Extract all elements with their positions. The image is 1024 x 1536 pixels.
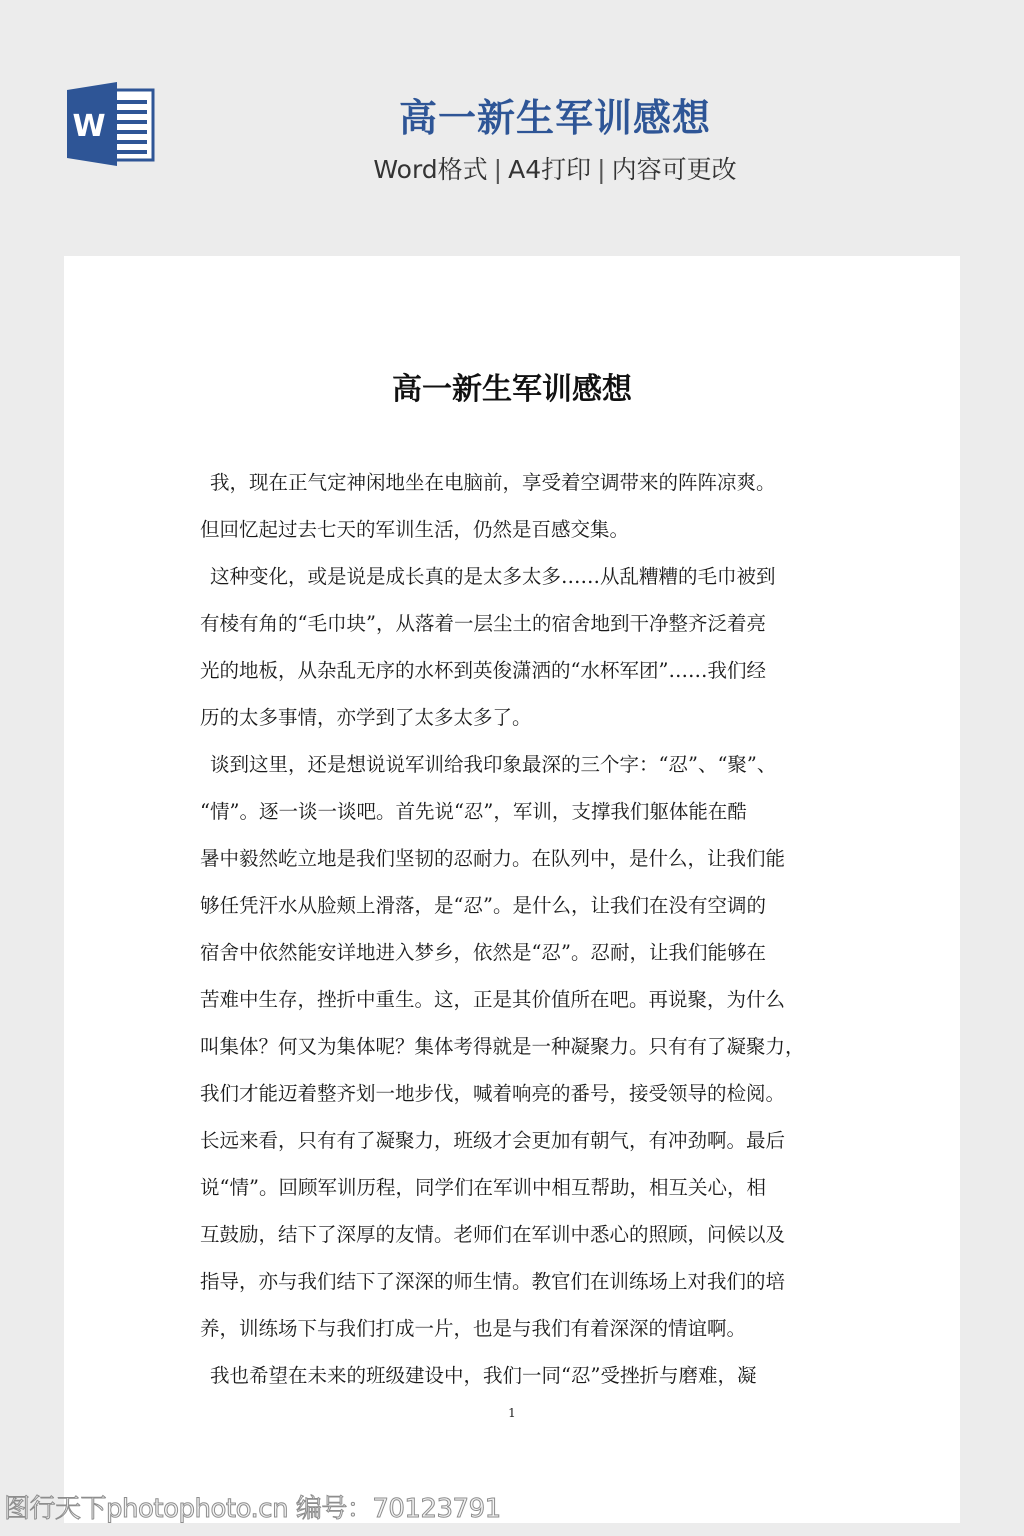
format-label: Word格式 <box>373 155 487 184</box>
body-line: 说“情”。回顾军训历程，同学们在军训中相互帮助，相互关心，相 <box>200 1164 840 1211</box>
body-line: 暑中毅然屹立地是我们坚韧的忍耐力。在队列中，是什么，让我们能 <box>200 835 840 882</box>
body-line: 养，训练场下与我们打成一片，也是与我们有着深深的情谊啊。 <box>200 1305 840 1352</box>
body-line: “情”。逐一谈一谈吧。首先说“忍”，军训，支撑我们躯体能在酷 <box>200 788 840 835</box>
document-body: 我，现在正气定神闲地坐在电脑前，享受着空调带来的阵阵凉爽。但回忆起过去七天的军训… <box>200 459 840 1399</box>
watermark: 图行天下photophoto.cn 编号：70123791 <box>4 1494 501 1524</box>
page-number: 1 <box>64 1406 960 1420</box>
banner-title: 高一新生军训感想 <box>290 92 820 144</box>
word-document-icon: W <box>65 82 155 166</box>
body-line: 我，现在正气定神闲地坐在电脑前，享受着空调带来的阵阵凉爽。 <box>200 459 840 506</box>
body-line: 有棱有角的“毛巾块”，从落着一层尘土的宿舍地到干净整齐泛着亮 <box>200 600 840 647</box>
body-line: 这种变化，或是说是成长真的是太多太多……从乱糟糟的毛巾被到 <box>200 553 840 600</box>
document-title: 高一新生军训感想 <box>64 368 960 412</box>
body-line: 历的太多事情，亦学到了太多太多了。 <box>200 694 840 741</box>
body-line: 互鼓励，结下了深厚的友情。老师们在军训中悉心的照顾，问候以及 <box>200 1211 840 1258</box>
editable-label: 内容可更改 <box>612 155 737 184</box>
body-line: 光的地板，从杂乱无序的水杯到英俊潇洒的“水杯军团”……我们经 <box>200 647 840 694</box>
body-line: 宿舍中依然能安详地进入梦乡，依然是“忍”。忍耐，让我们能够在 <box>200 929 840 976</box>
word-icon-letter: W <box>72 109 105 144</box>
body-line: 我也希望在未来的班级建设中，我们一同“忍”受挫折与磨难，凝 <box>200 1352 840 1399</box>
separator: | <box>597 155 605 184</box>
body-line: 我们才能迈着整齐划一地步伐，喊着响亮的番号，接受领导的检阅。 <box>200 1070 840 1117</box>
body-line: 长远来看，只有有了凝聚力，班级才会更加有朝气，有冲劲啊。最后 <box>200 1117 840 1164</box>
print-label: A4打印 <box>508 155 591 184</box>
body-line: 苦难中生存，挫折中重生。这，正是其价值所在吧。再说聚，为什么 <box>200 976 840 1023</box>
body-line: 但回忆起过去七天的军训生活，仍然是百感交集。 <box>200 506 840 553</box>
body-line: 够任凭汗水从脸颊上滑落，是“忍”。是什么，让我们在没有空调的 <box>200 882 840 929</box>
body-line: 叫集体？何又为集体呢？集体考得就是一种凝聚力。只有有了凝聚力， <box>200 1023 840 1070</box>
body-line: 指导，亦与我们结下了深深的师生情。教官们在训练场上对我们的培 <box>200 1258 840 1305</box>
separator: | <box>494 155 502 184</box>
banner-subtitle: Word格式|A4打印|内容可更改 <box>290 152 820 188</box>
document-page: 高一新生军训感想 我，现在正气定神闲地坐在电脑前，享受着空调带来的阵阵凉爽。但回… <box>64 256 960 1523</box>
body-line: 谈到这里，还是想说说军训给我印象最深的三个字：“忍”、“聚”、 <box>200 741 840 788</box>
